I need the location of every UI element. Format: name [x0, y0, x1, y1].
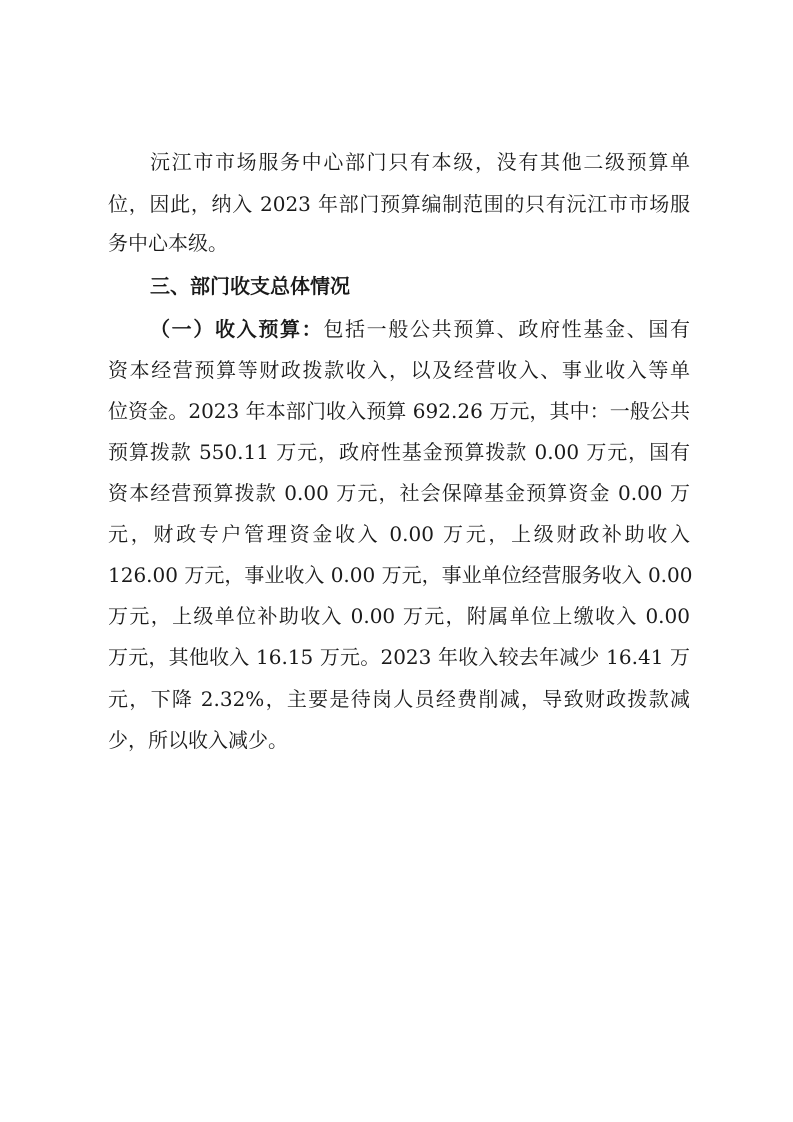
paragraph2-line10: 元，下降 2.32%，主要是待岗人员经费削减，导致财政拨款减	[108, 686, 690, 712]
paragraph2-line7: 126.00 万元，事业收入 0.00 万元，事业单位经营服务收入 0.00	[108, 562, 690, 588]
paragraph2-line1: （一）收入预算：包括一般公共预算、政府性基金、国有	[150, 316, 690, 342]
paragraph2-line6: 元，财政专户管理资金收入 0.00 万元，上级财政补助收入	[108, 521, 690, 547]
paragraph1-line2: 位，因此，纳入 2023 年部门预算编制范围的只有沅江市市场服	[108, 191, 690, 217]
paragraph2-line3: 位资金。2023 年本部门收入预算 692.26 万元，其中：一般公共	[108, 398, 690, 424]
paragraph2-line4: 预算拨款 550.11 万元，政府性基金预算拨款 0.00 万元，国有	[108, 439, 690, 465]
document-page: 沅江市市场服务中心部门只有本级，没有其他二级预算单 位，因此，纳入 2023 年…	[0, 0, 793, 1122]
paragraph2-line8: 万元，上级单位补助收入 0.00 万元，附属单位上缴收入 0.00	[108, 603, 690, 629]
paragraph2-line5: 资本经营预算拨款 0.00 万元，社会保障基金预算资金 0.00 万	[108, 480, 690, 506]
section-heading: 三、部门收支总体情况	[150, 273, 690, 299]
paragraph1-line1: 沅江市市场服务中心部门只有本级，没有其他二级预算单	[150, 149, 690, 175]
paragraph2-line2: 资本经营预算等财政拨款收入，以及经营收入、事业收入等单	[108, 357, 690, 383]
income-budget-label: （一）收入预算：	[150, 317, 323, 341]
paragraph2-line11: 少，所以收入减少。	[108, 727, 690, 753]
paragraph2-line1-text: 包括一般公共预算、政府性基金、国有	[323, 317, 690, 341]
paragraph2-line9: 万元，其他收入 16.15 万元。2023 年收入较去年减少 16.41 万	[108, 644, 690, 670]
paragraph1-line3: 务中心本级。	[108, 230, 690, 256]
